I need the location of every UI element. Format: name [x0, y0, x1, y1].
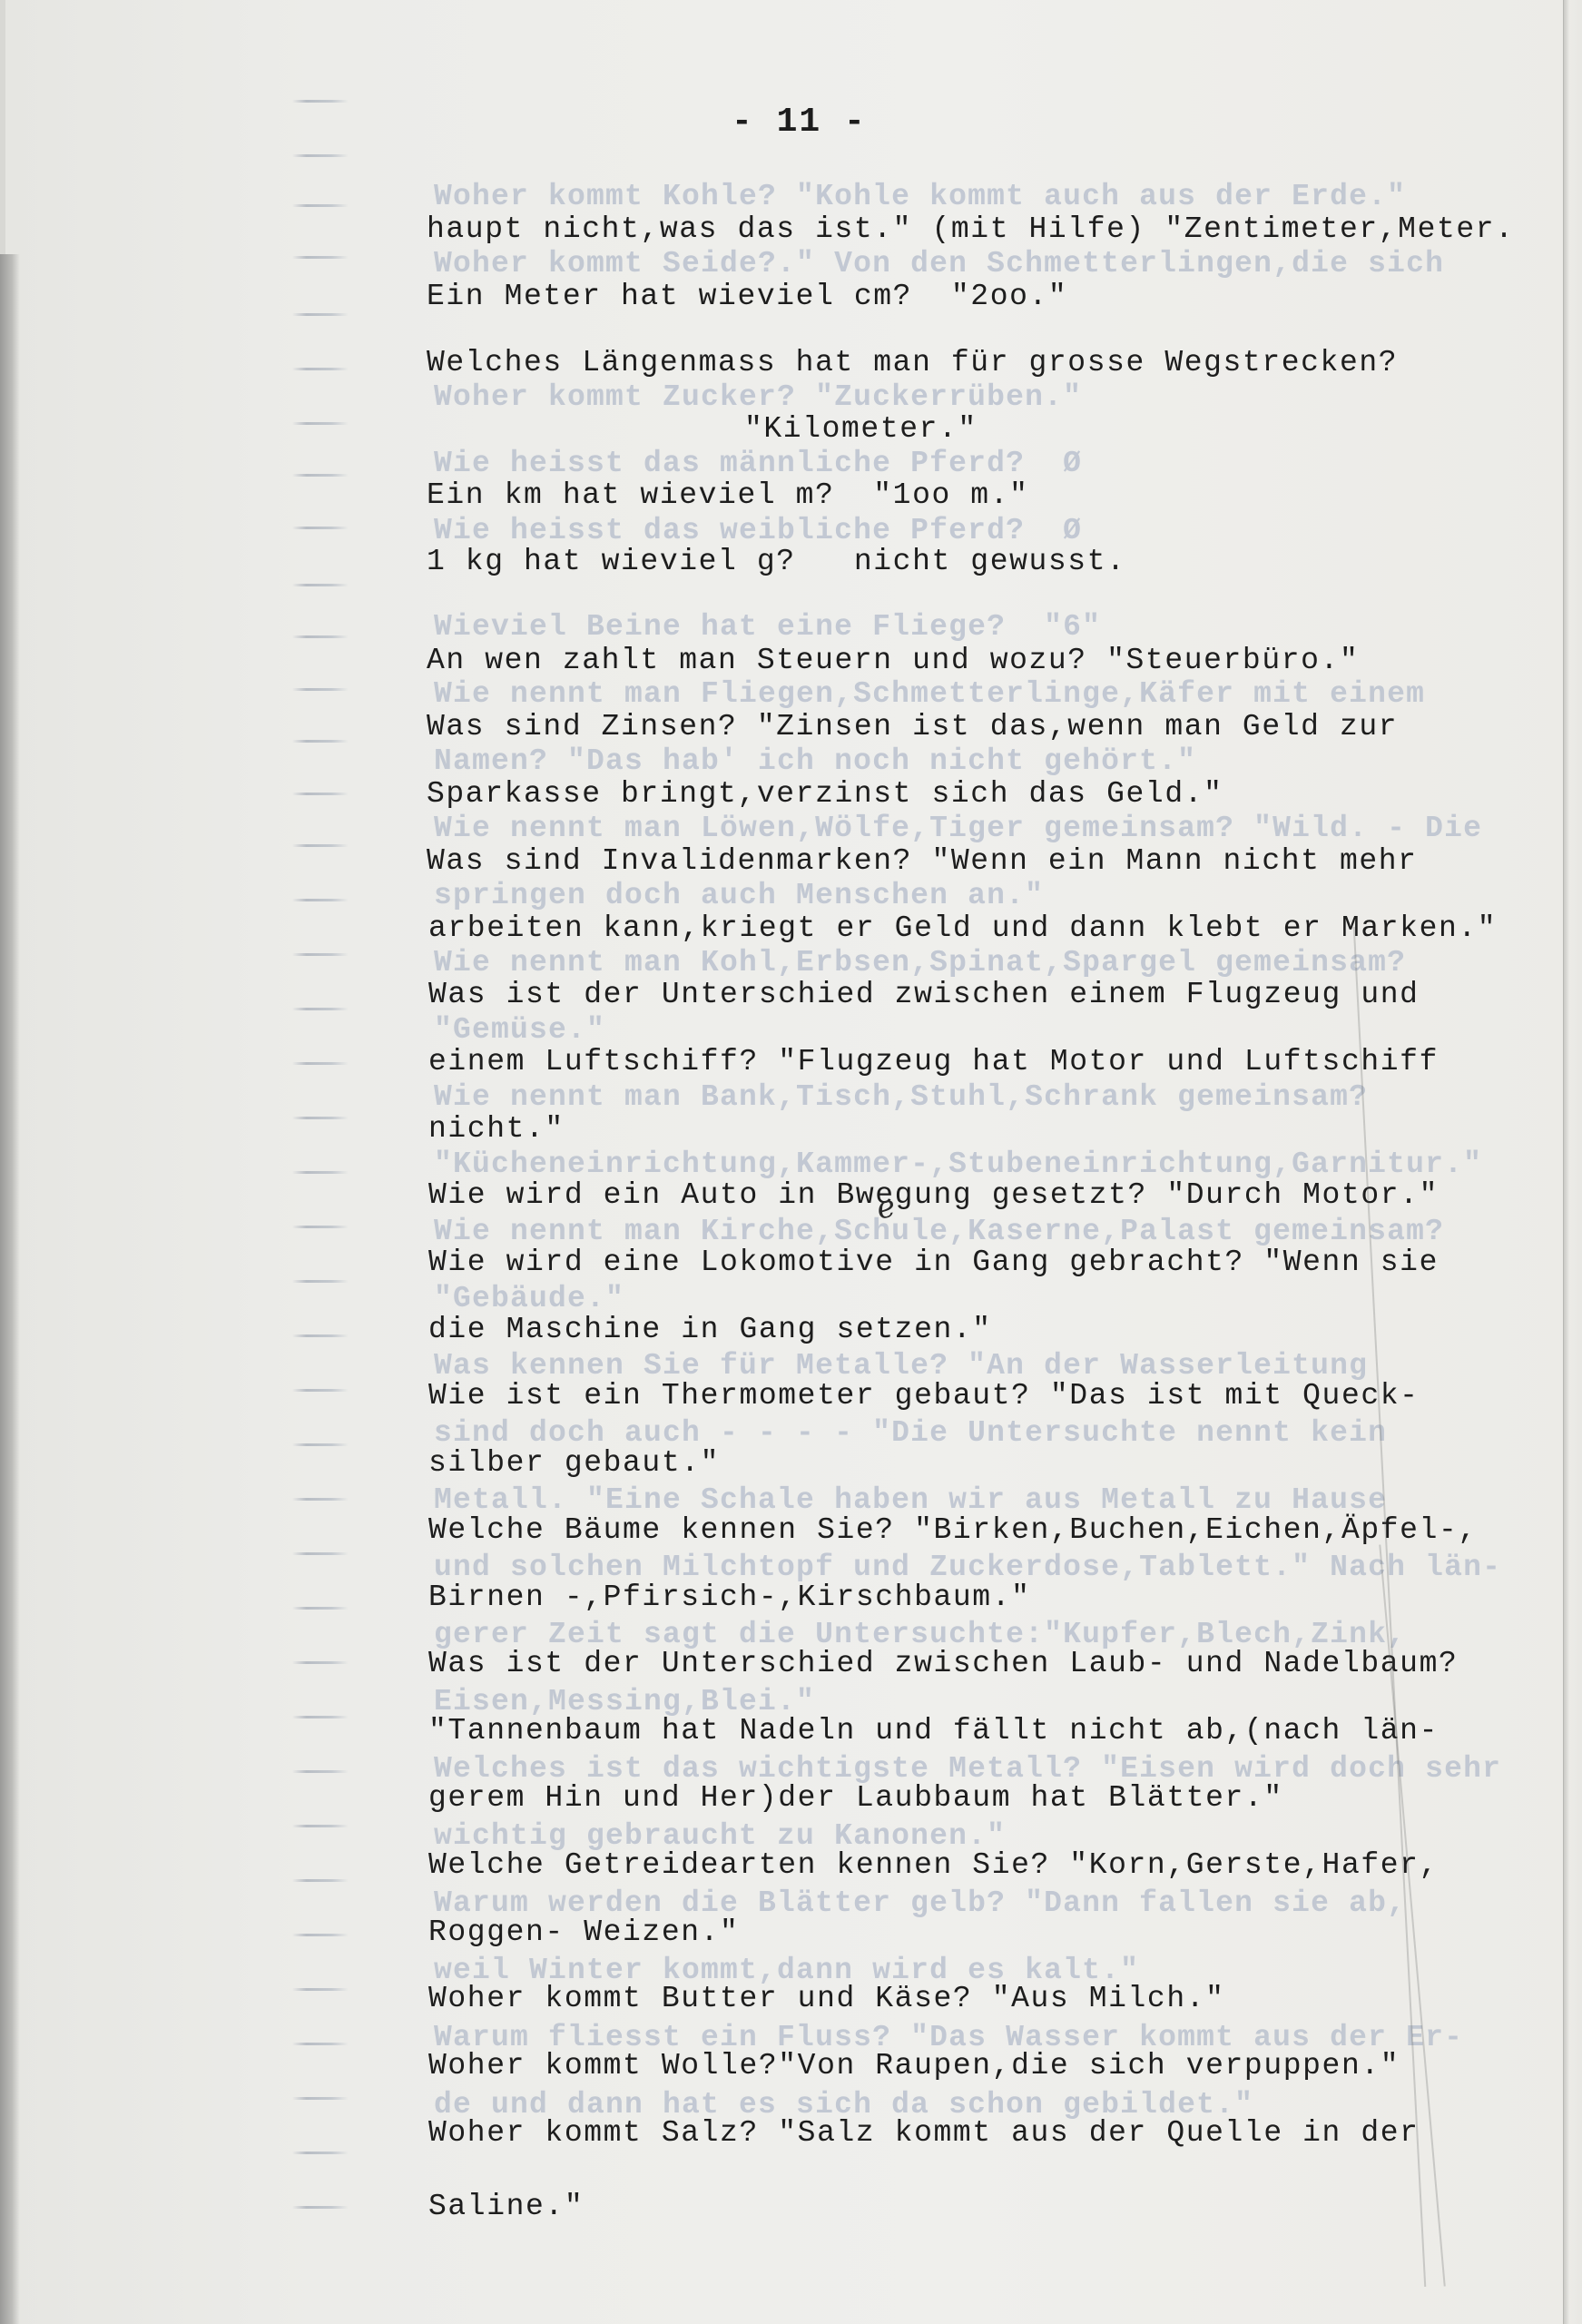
margin-mark [292, 1498, 349, 1501]
margin-mark [292, 1062, 349, 1065]
margin-mark [292, 1008, 349, 1010]
margin-mark [292, 256, 349, 259]
bleed-through-line: Was kennen Sie für Metalle? "An der Wass… [434, 1349, 1368, 1383]
text-line: An wen zahlt man Steuern und wozu? "Steu… [427, 644, 1359, 677]
text-line: Wie ist ein Thermometer gebaut? "Das ist… [428, 1379, 1420, 1413]
margin-mark [292, 953, 349, 956]
text-line: Welches Längenmass hat man für grosse We… [427, 346, 1398, 379]
text-line: einem Luftschiff? "Flugzeug hat Motor un… [428, 1045, 1439, 1078]
text-line: Woher kommt Wolle?"Von Raupen,die sich v… [428, 2049, 1400, 2083]
text-line: Sparkasse bringt,verzinst sich das Geld.… [427, 777, 1223, 811]
text-line: die Maschine in Gang setzen." [428, 1313, 992, 1346]
text-line: Was ist der Unterschied zwischen Laub- u… [428, 1647, 1458, 1680]
bleed-through-line: Wie heisst das männliche Pferd? Ø [434, 447, 1082, 480]
bleed-through-line: Wie nennt man Kohl,Erbsen,Spinat,Spargel… [434, 946, 1406, 980]
margin-mark [292, 1280, 349, 1283]
text-line: nicht." [428, 1112, 565, 1146]
margin-mark [292, 584, 349, 586]
margin-mark [292, 1226, 349, 1228]
margin-mark [292, 474, 349, 477]
margin-mark [292, 422, 349, 425]
margin-mark [292, 313, 349, 316]
margin-mark [292, 1879, 349, 1882]
bleed-through-line: Wieviel Beine hat eine Fliege? "6" [434, 610, 1101, 644]
margin-mark [292, 635, 349, 638]
bleed-through-line: Wie nennt man Fliegen,Schmetterlinge,Käf… [434, 677, 1425, 711]
margin-mark [292, 527, 349, 529]
text-line: arbeiten kann,kriegt er Geld und dann kl… [428, 911, 1497, 945]
margin-mark [292, 688, 349, 691]
bleed-through-line: und solchen Milchtopf und Zuckerdose,Tab… [434, 1551, 1501, 1584]
text-line: Roggen- Weizen." [428, 1915, 739, 1949]
margin-mark [292, 1389, 349, 1392]
margin-mark [292, 740, 349, 743]
bleed-through-line: Woher kommt Seide?." Von den Schmetterli… [434, 247, 1444, 281]
text-line: Ein km hat wieviel m? "1oo m." [427, 478, 1029, 512]
page-right-edge [1563, 0, 1582, 2324]
text-line: Welche Getreidearten kennen Sie? "Korn,G… [428, 1848, 1439, 1882]
bleed-through-line: Wie nennt man Bank,Tisch,Stuhl,Schrank g… [434, 1080, 1368, 1114]
margin-mark [292, 1334, 349, 1337]
bleed-through-line: Woher kommt Kohle? "Kohle kommt auch aus… [434, 180, 1406, 213]
scanned-page: Woher kommt Kohle? "Kohle kommt auch aus… [0, 0, 1582, 2324]
margin-mark [292, 2097, 349, 2100]
text-line: "Kilometer." [744, 412, 978, 446]
margin-mark [292, 1661, 349, 1664]
bleed-through-line: springen doch auch Menschen an." [434, 879, 1044, 912]
margin-mark [292, 793, 349, 795]
text-line: Welche Bäume kennen Sie? "Birken,Buchen,… [428, 1513, 1478, 1547]
margin-mark [292, 1988, 349, 1991]
text-line: Wie wird ein Auto in Bwegung gesetzt? "D… [428, 1178, 1439, 1212]
margin-mark [292, 899, 349, 901]
text-line: silber gebaut." [428, 1446, 720, 1480]
text-line: Was sind Invalidenmarken? "Wenn ein Mann… [427, 844, 1418, 878]
text-line: Woher kommt Butter und Käse? "Aus Milch.… [428, 1982, 1225, 2015]
text-line: Saline." [428, 2190, 584, 2223]
margin-mark [292, 204, 349, 207]
bleed-through-line: Wie nennt man Löwen,Wölfe,Tiger gemeinsa… [434, 812, 1482, 845]
bleed-through-line: Wie heisst das weibliche Pferd? Ø [434, 514, 1082, 547]
scan-edge-top [0, 0, 5, 254]
margin-mark [292, 1825, 349, 1827]
bleed-through-line: Namen? "Das hab' ich noch nicht gehört." [434, 744, 1196, 778]
text-line: Woher kommt Salz? "Salz kommt aus der Qu… [428, 2116, 1420, 2150]
bleed-through-line: Wie nennt man Kirche,Schule,Kaserne,Pala… [434, 1215, 1444, 1248]
margin-mark [292, 1934, 349, 1936]
bleed-through-line: "Gemüse." [434, 1013, 605, 1047]
text-line: Was sind Zinsen? "Zinsen ist das,wenn ma… [427, 710, 1398, 743]
bleed-through-line: "Gebäude." [434, 1282, 624, 1315]
paper-crease [1353, 927, 1427, 2287]
text-line: Ein Meter hat wieviel cm? "2oo." [427, 280, 1067, 313]
text-line: 1 kg hat wieviel g? nicht gewusst. [427, 545, 1126, 578]
text-line: Was ist der Unterschied zwischen einem F… [428, 978, 1420, 1011]
bleed-through-line: sind doch auch - - - - "Die Untersuchte … [434, 1416, 1387, 1450]
margin-mark [292, 368, 349, 370]
text-line: Wie wird eine Lokomotive in Gang gebrach… [428, 1246, 1439, 1279]
margin-mark [292, 154, 349, 157]
margin-mark [292, 1443, 349, 1446]
margin-mark [292, 1716, 349, 1718]
margin-mark [292, 2206, 349, 2209]
margin-mark [292, 2152, 349, 2154]
page-number: - 11 - [732, 103, 867, 142]
margin-mark [292, 1552, 349, 1555]
margin-mark [292, 2043, 349, 2045]
text-line: gerem Hin und Her)der Laubbaum hat Blätt… [428, 1781, 1283, 1815]
bleed-through-line: Metall. "Eine Schale haben wir aus Metal… [434, 1483, 1387, 1517]
margin-mark [292, 1607, 349, 1610]
text-line: Birnen -,Pfirsich-,Kirschbaum." [428, 1581, 1031, 1614]
margin-mark [292, 1770, 349, 1773]
margin-mark [292, 844, 349, 847]
margin-mark [292, 100, 349, 103]
bleed-through-line: Woher kommt Zucker? "Zuckerrüben." [434, 380, 1082, 414]
text-line: "Tannenbaum hat Nadeln und fällt nicht a… [428, 1714, 1439, 1748]
text-line: haupt nicht,was das ist." (mit Hilfe) "Z… [427, 212, 1515, 246]
bleed-through-line: "Kücheneinrichtung,Kammer-,Stubeneinrich… [434, 1147, 1482, 1181]
margin-mark [292, 1117, 349, 1119]
margin-mark [292, 1171, 349, 1174]
scan-edge-shadow [0, 254, 20, 2324]
